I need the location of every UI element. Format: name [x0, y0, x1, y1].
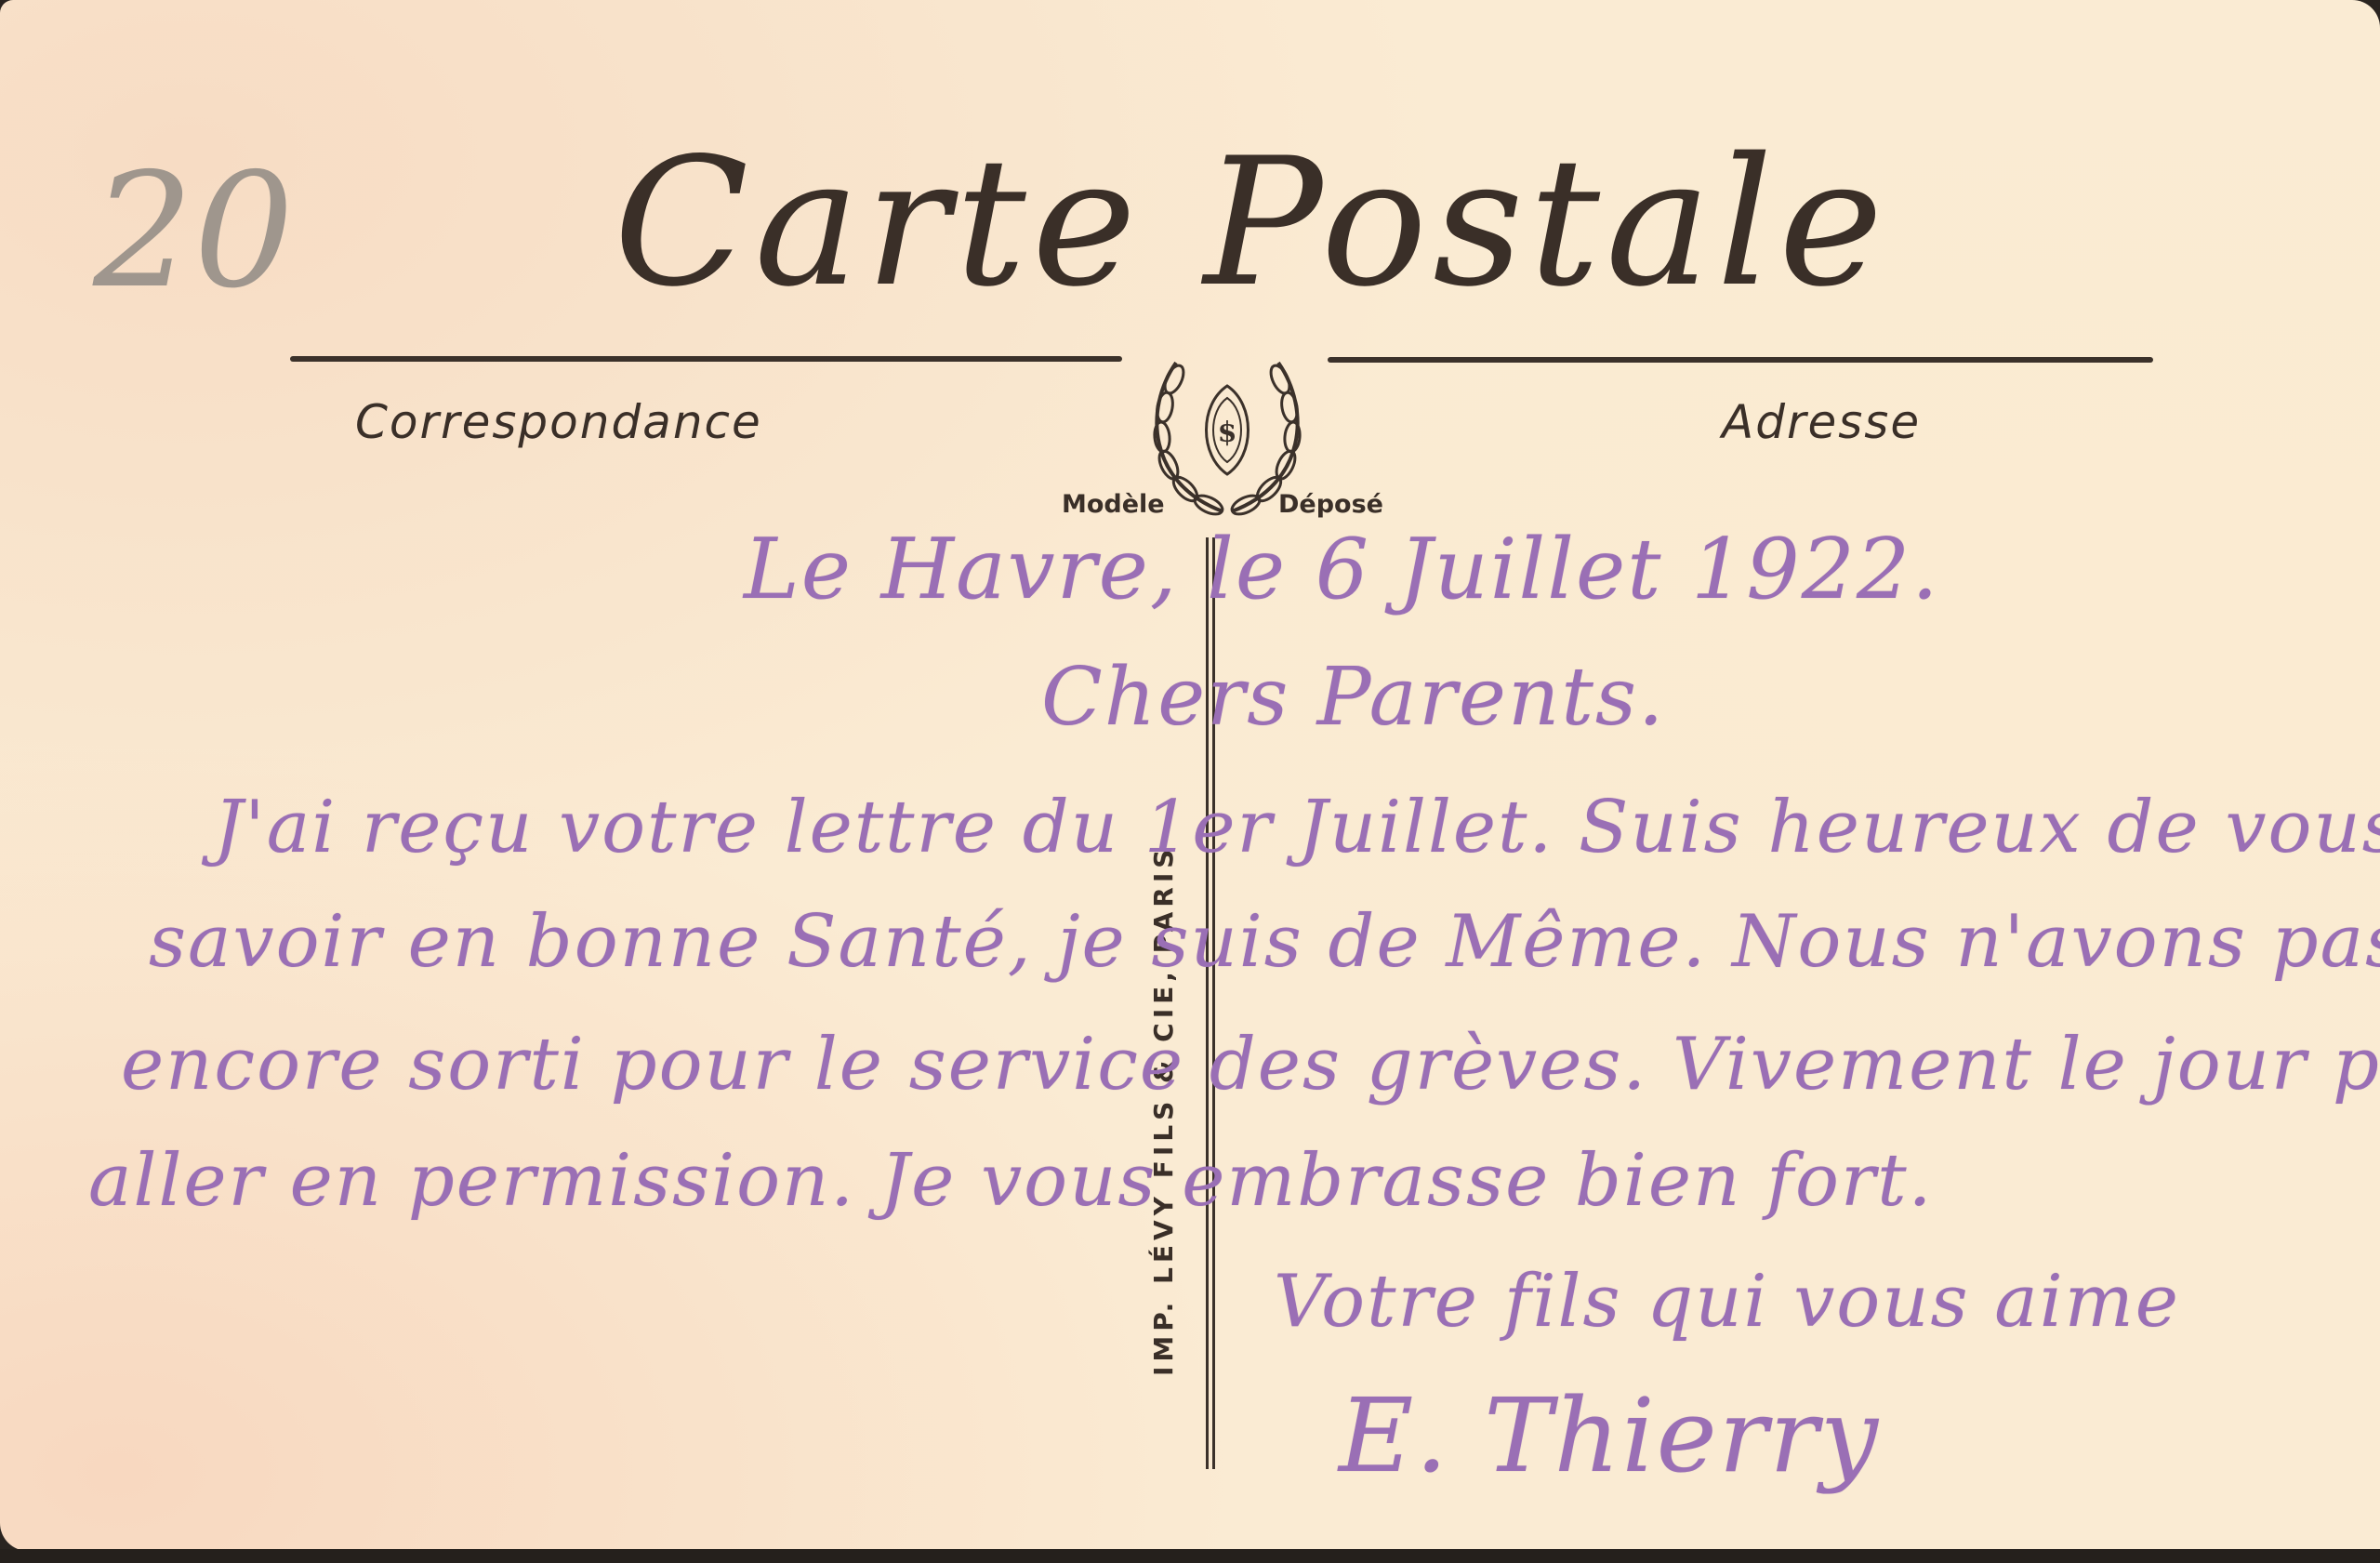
letter-line: J'ai reçu votre lettre du 1er Juillet. S…: [214, 786, 2380, 869]
scan-bottom-edge: [0, 1549, 2380, 1563]
header-rule-left: [290, 356, 1122, 362]
letter-salutation: Chers Parents.: [1041, 651, 1665, 744]
adresse-label: Adresse: [1722, 395, 1921, 449]
correspondance-label: Correspondance: [355, 395, 762, 449]
letter-closing: Votre fils qui vous aime: [1274, 1260, 2180, 1344]
header-rule-right: [1328, 357, 2153, 363]
svg-text:$: $: [1218, 417, 1237, 449]
postcard-back: 20 Carte Postale Correspondance Adresse: [0, 0, 2380, 1551]
depose-label: Déposé: [1278, 490, 1383, 519]
letter-signature: E. Thierry: [1339, 1376, 1880, 1495]
letter-line: encore sorti pour le service des grèves.…: [121, 1023, 2380, 1106]
pencil-mark: 20: [93, 139, 294, 324]
card-title: Carte Postale: [614, 116, 1785, 330]
letter-line: aller en permission. Je vous embrasse bi…: [88, 1139, 1933, 1223]
modele-label: Modèle: [1062, 490, 1165, 519]
letter-line: savoir en bonne Santé, je suis de Même. …: [149, 900, 2380, 984]
letter-dateline: Le Havre, le 6 Juillet 1922.: [744, 521, 1940, 618]
